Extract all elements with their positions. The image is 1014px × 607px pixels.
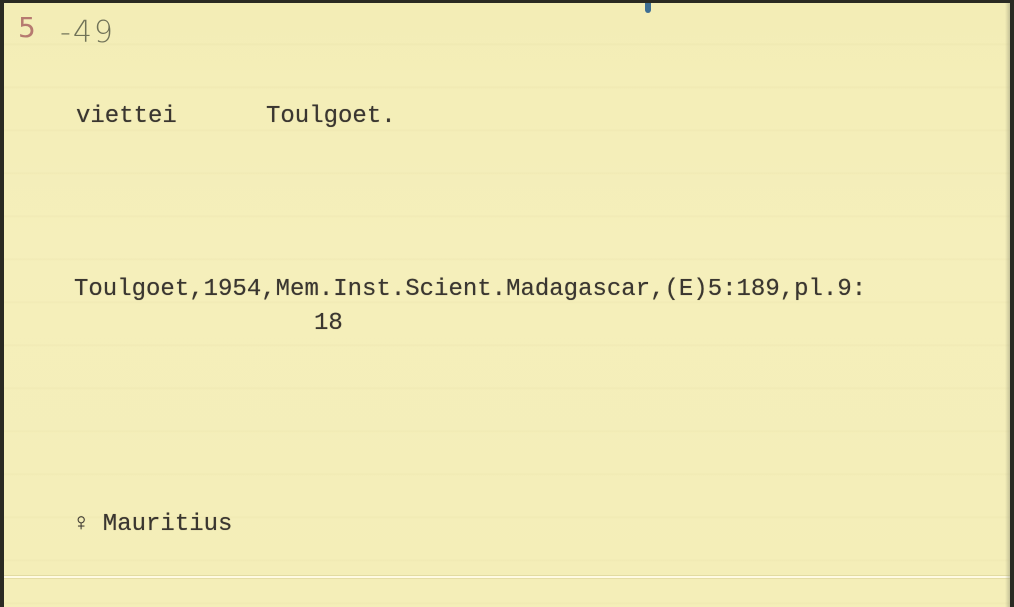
blue-ink-mark [645, 3, 651, 13]
card-edge-shadow [1005, 3, 1010, 607]
card-crease [4, 576, 1010, 578]
locality: ♀ Mauritius [74, 511, 232, 538]
citation-continuation: 18 [314, 310, 343, 337]
card-number-suffix: -49 [60, 15, 115, 50]
card-number: 5 [18, 11, 36, 44]
citation: Toulgoet,1954,Mem.Inst.Scient.Madagascar… [74, 276, 866, 303]
species-author: Toulgoet. [266, 103, 396, 130]
species-name: viettei [76, 103, 177, 130]
index-card: 5 -49 viettei Toulgoet. Toulgoet,1954,Me… [4, 3, 1010, 607]
